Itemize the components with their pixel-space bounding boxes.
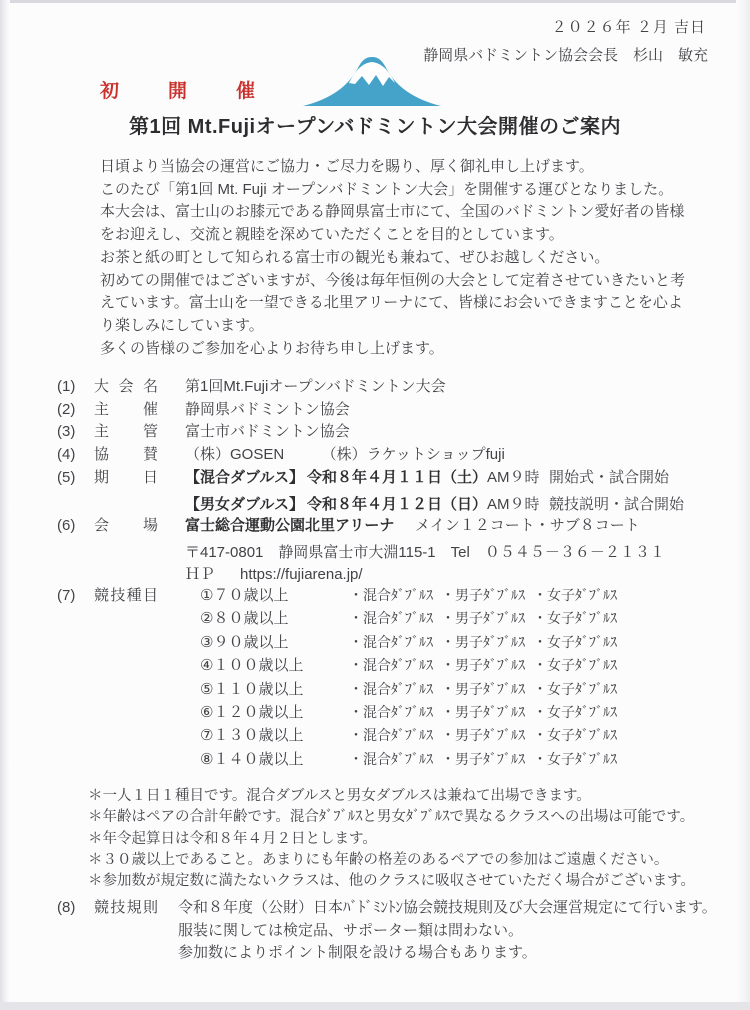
event-age-class: ⑥１２０歳以上: [200, 701, 349, 724]
event-type-mixed: ・混合ﾀﾞﾌﾞﾙｽ: [349, 654, 441, 677]
basic-info-list: (1) 大会名 第1回Mt.Fujiオープンバドミントン大会 (2) 主催 静岡…: [57, 376, 724, 466]
note-line: ＊年齢はペアの合計年齢です。混合ﾀﾞﾌﾞﾙｽと男女ﾀﾞﾌﾞﾙｽで異なるクラスへの…: [88, 807, 730, 828]
intro-line: 初めての開催ではございますが、今後は毎年恒例の大会として定着させていきたいと考: [100, 270, 670, 293]
rules-row: 参加数によりポイント制限を設ける場合もあります。: [178, 942, 724, 965]
item-number: (3): [57, 421, 94, 444]
event-type-mixed: ・混合ﾀﾞﾌﾞﾙｽ: [349, 748, 441, 771]
item-number: (7): [57, 584, 94, 607]
event-type-men: ・男子ﾀﾞﾌﾞﾙｽ: [441, 631, 533, 654]
event-type-men: ・男子ﾀﾞﾌﾞﾙｽ: [441, 607, 533, 630]
intro-line: をお迎えし、交流と親睦を深めていただくことを目的としています。: [100, 224, 670, 247]
paper-edge-bottom: [0, 1002, 750, 1010]
intro-line: えています。富士山を一望できる北里アリーナにて、皆様にお会いできますことを心よ: [100, 292, 670, 315]
item-label: 協賛: [94, 444, 158, 467]
paper-edge-left: [0, 0, 10, 1010]
intro-line: 日頃より当協会の運営にご協力・ご尽力を賜り、厚く御礼申し上げます。: [100, 156, 670, 179]
hp-label: ＨＰ: [185, 563, 240, 586]
event-row: ⑧１４０歳以上 ・混合ﾀﾞﾌﾞﾙｽ ・男子ﾀﾞﾌﾞﾙｽ ・女子ﾀﾞﾌﾞﾙｽ: [200, 748, 724, 771]
rules-row: 服装に関しては検定品、サポーター類は問わない。: [178, 920, 724, 943]
event-type-men: ・男子ﾀﾞﾌﾞﾙｽ: [441, 654, 533, 677]
mt-fuji-icon: [298, 56, 446, 108]
item-label: 主催: [94, 399, 158, 422]
item-value: （株）GOSEN （株）ラケットショップfuji: [185, 444, 505, 467]
event-type-mixed: ・混合ﾀﾞﾌﾞﾙｽ: [349, 631, 441, 654]
event-row: ③９０歳以上 ・混合ﾀﾞﾌﾞﾙｽ ・男子ﾀﾞﾌﾞﾙｽ ・女子ﾀﾞﾌﾞﾙｽ: [200, 631, 724, 654]
notes-list: ＊一人１日１種目です。混合ダブルスと男女ダブルスは兼ねて出場できます。 ＊年齢は…: [88, 786, 730, 892]
paper-edge-top: [0, 0, 750, 3]
first-time-badge: 初 開 催: [100, 76, 270, 103]
item-label: 主管: [94, 421, 158, 444]
note-line: ＊参加数が規定数に満たないクラスは、他のクラスに吸収させていただく場合がございま…: [88, 871, 730, 892]
event-age-class: ①７０歳以上: [200, 584, 349, 607]
item-number: (2): [57, 399, 94, 422]
signature-line: 静岡県バドミントン協会会長 杉山 敏充: [423, 44, 708, 65]
event-type-men: ・男子ﾀﾞﾌﾞﾙｽ: [441, 748, 533, 771]
item-label: 大会名: [94, 376, 158, 399]
document-page: ２０２６年 ２月 吉日 静岡県バドミントン協会会長 杉山 敏充 初 開 催 第1…: [0, 0, 750, 1010]
schedule-row-mixed: (5) 期日 【混合ダブルス】 令和８年４月１１日（土） AM９時 開始式・試合…: [57, 464, 724, 491]
venue-name: 富士総合運動公園北里アリーナ: [185, 514, 415, 537]
event-type-women: ・女子ﾀﾞﾌﾞﾙｽ: [533, 584, 625, 607]
item-row-organizer: (3) 主管 富士市バドミントン協会: [57, 421, 724, 444]
event-age-class: ③９０歳以上: [200, 631, 349, 654]
venue-hp-row: ＨＰ https://fujiarena.jp/: [57, 563, 724, 586]
event-type-women: ・女子ﾀﾞﾌﾞﾙｽ: [533, 724, 625, 747]
item-label: 会場: [94, 514, 158, 537]
event-type-men: ・男子ﾀﾞﾌﾞﾙｽ: [441, 584, 533, 607]
event-type-mixed: ・混合ﾀﾞﾌﾞﾙｽ: [349, 724, 441, 747]
rules-line: 服装に関しては検定品、サポーター類は問わない。: [178, 920, 523, 943]
rules-line: 参加数によりポイント制限を設ける場合もあります。: [178, 942, 537, 965]
schedule-date: 令和８年４月１１日（土）: [307, 464, 487, 491]
item-row-sponsors: (4) 協賛 （株）GOSEN （株）ラケットショップfuji: [57, 444, 724, 467]
event-type-women: ・女子ﾀﾞﾌﾞﾙｽ: [533, 678, 625, 701]
venue-section: (6) 会場 富士総合運動公園北里アリーナ メイン１２コート・サブ８コート: [57, 514, 724, 537]
item-row-tournament-name: (1) 大会名 第1回Mt.Fujiオープンバドミントン大会: [57, 376, 724, 399]
venue-name-row: (6) 会場 富士総合運動公園北里アリーナ メイン１２コート・サブ８コート: [57, 514, 724, 537]
event-type-mixed: ・混合ﾀﾞﾌﾞﾙｽ: [349, 701, 441, 724]
event-type-men: ・男子ﾀﾞﾌﾞﾙｽ: [441, 678, 533, 701]
hp-url: https://fujiarena.jp/: [240, 563, 363, 586]
event-row: ②８０歳以上 ・混合ﾀﾞﾌﾞﾙｽ ・男子ﾀﾞﾌﾞﾙｽ ・女子ﾀﾞﾌﾞﾙｽ: [200, 607, 724, 630]
events-section: (7) 競技種目 ①７０歳以上 ・混合ﾀﾞﾌﾞﾙｽ ・男子ﾀﾞﾌﾞﾙｽ ・女子ﾀ…: [57, 584, 724, 771]
event-type-women: ・女子ﾀﾞﾌﾞﾙｽ: [533, 607, 625, 630]
item-row-host: (2) 主催 静岡県バドミントン協会: [57, 399, 724, 422]
event-row: ①７０歳以上 ・混合ﾀﾞﾌﾞﾙｽ ・男子ﾀﾞﾌﾞﾙｽ ・女子ﾀﾞﾌﾞﾙｽ: [200, 584, 724, 607]
venue-address: 〒417-0801 静岡県富士市大淵115-1 Tel ０５４５－３６－２１３１: [185, 541, 665, 564]
event-age-class: ⑤１１０歳以上: [200, 678, 349, 701]
event-type-women: ・女子ﾀﾞﾌﾞﾙｽ: [533, 701, 625, 724]
venue-courts: メイン１２コート・サブ８コート: [415, 514, 640, 537]
schedule-detail: 開始式・試合開始: [549, 464, 669, 491]
item-number: (4): [57, 444, 94, 467]
item-label: 競技種目: [94, 584, 158, 607]
event-type-women: ・女子ﾀﾞﾌﾞﾙｽ: [533, 631, 625, 654]
item-number: (8): [57, 897, 94, 920]
intro-line: お茶と紙の町として知られる富士市の観光も兼ねて、ぜひお越しください。: [100, 247, 670, 270]
rules-row: (8) 競技規則 令和８年度（公財）日本ﾊﾞﾄﾞﾐﾝﾄﾝ協会競技規則及び大会運営…: [57, 897, 724, 920]
event-row: ④１００歳以上 ・混合ﾀﾞﾌﾞﾙｽ ・男子ﾀﾞﾌﾞﾙｽ ・女子ﾀﾞﾌﾞﾙｽ: [200, 654, 724, 677]
event-row: ⑦１３０歳以上 ・混合ﾀﾞﾌﾞﾙｽ ・男子ﾀﾞﾌﾞﾙｽ ・女子ﾀﾞﾌﾞﾙｽ: [200, 724, 724, 747]
event-age-class: ④１００歳以上: [200, 654, 349, 677]
item-label: 競技規則: [94, 897, 158, 920]
venue-address-row: 〒417-0801 静岡県富士市大淵115-1 Tel ０５４５－３６－２１３１: [57, 541, 724, 564]
item-value: 静岡県バドミントン協会: [185, 399, 350, 422]
event-type-women: ・女子ﾀﾞﾌﾞﾙｽ: [533, 748, 625, 771]
event-age-class: ⑦１３０歳以上: [200, 724, 349, 747]
intro-line: り楽しみにしています。: [100, 315, 670, 338]
item-label: 期日: [94, 464, 158, 491]
schedule-section: (5) 期日 【混合ダブルス】 令和８年４月１１日（土） AM９時 開始式・試合…: [57, 464, 724, 518]
item-value: 第1回Mt.Fujiオープンバドミントン大会: [185, 376, 446, 399]
document-title: 第1回 Mt.Fujiオープンバドミントン大会開催のご案内: [0, 110, 750, 139]
rules-section: (8) 競技規則 令和８年度（公財）日本ﾊﾞﾄﾞﾐﾝﾄﾝ協会競技規則及び大会運営…: [57, 897, 724, 965]
intro-line: このたび「第1回 Mt. Fuji オープンバドミントン大会」を開催する運びとな…: [100, 179, 670, 202]
intro-line: 本大会は、富士山のお膝元である静岡県富士市にて、全国のバドミントン愛好者の皆様: [100, 201, 670, 224]
note-line: ＊３０歳以上であること。あまりにも年齢の格差のあるペアでの参加はご遠慮ください。: [88, 850, 730, 871]
event-row: ⑥１２０歳以上 ・混合ﾀﾞﾌﾞﾙｽ ・男子ﾀﾞﾌﾞﾙｽ ・女子ﾀﾞﾌﾞﾙｽ: [200, 701, 724, 724]
item-value: 富士市バドミントン協会: [185, 421, 350, 444]
event-type-mixed: ・混合ﾀﾞﾌﾞﾙｽ: [349, 584, 441, 607]
event-type-men: ・男子ﾀﾞﾌﾞﾙｽ: [441, 701, 533, 724]
event-age-class: ⑧１４０歳以上: [200, 748, 349, 771]
event-row: ⑤１１０歳以上 ・混合ﾀﾞﾌﾞﾙｽ ・男子ﾀﾞﾌﾞﾙｽ ・女子ﾀﾞﾌﾞﾙｽ: [200, 678, 724, 701]
event-type-mixed: ・混合ﾀﾞﾌﾞﾙｽ: [349, 678, 441, 701]
event-type-women: ・女子ﾀﾞﾌﾞﾙｽ: [533, 654, 625, 677]
rules-line: 令和８年度（公財）日本ﾊﾞﾄﾞﾐﾝﾄﾝ協会競技規則及び大会運営規定にて行います。: [178, 897, 717, 920]
event-type-men: ・男子ﾀﾞﾌﾞﾙｽ: [441, 724, 533, 747]
item-number: (6): [57, 514, 94, 537]
paper-edge-right: [736, 0, 750, 1010]
schedule-category: 【混合ダブルス】: [185, 464, 307, 491]
event-age-class: ②８０歳以上: [200, 607, 349, 630]
event-type-mixed: ・混合ﾀﾞﾌﾞﾙｽ: [349, 607, 441, 630]
note-line: ＊年令起算日は令和８年４月２日とします。: [88, 829, 730, 850]
note-line: ＊一人１日１種目です。混合ダブルスと男女ダブルスは兼ねて出場できます。: [88, 786, 730, 807]
item-number: (5): [57, 464, 94, 491]
intro-line: 多くの皆様のご参加を心よりお待ち申し上げます。: [100, 338, 670, 361]
events-label-row: (7) 競技種目: [57, 584, 185, 607]
schedule-time: AM９時: [487, 464, 549, 491]
item-number: (1): [57, 376, 94, 399]
date-line: ２０２６年 ２月 吉日: [552, 16, 706, 37]
intro-paragraph: 日頃より当協会の運営にご協力・ご尽力を賜り、厚く御礼申し上げます。 このたび「第…: [100, 156, 670, 360]
